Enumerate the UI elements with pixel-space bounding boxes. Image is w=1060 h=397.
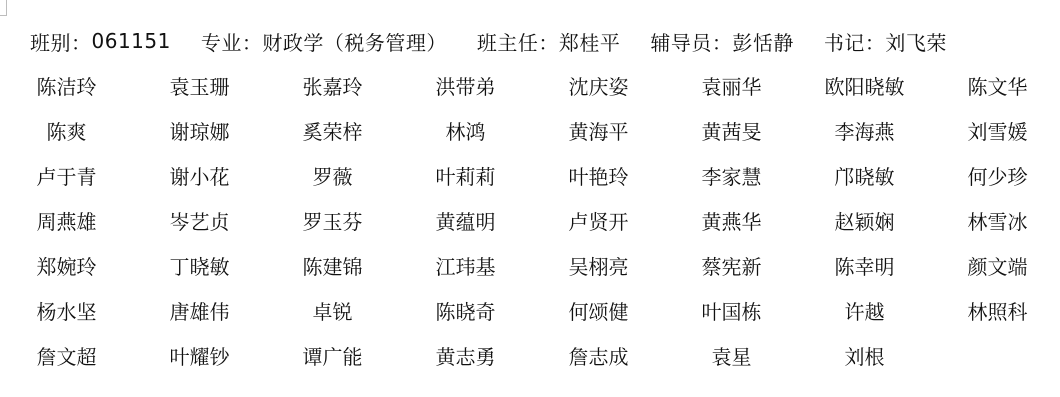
page-corner-mark (0, 0, 7, 16)
student-name: 林照科 (931, 291, 1060, 336)
counselor-field: 辅导员： 彭恬静 (650, 27, 794, 56)
head-teacher-field: 班主任： 郑桂平 (477, 27, 621, 56)
student-name: 叶莉莉 (399, 156, 532, 201)
secretary-value: 刘飞荣 (885, 27, 947, 56)
student-name: 李家慧 (665, 156, 798, 201)
student-name: 黄燕华 (665, 201, 798, 246)
student-name: 谢小花 (133, 156, 266, 201)
major-value: 财政学（税务管理） (262, 27, 447, 56)
student-name: 叶国栋 (665, 291, 798, 336)
class-value: 061151 (92, 29, 171, 53)
student-name: 林鸿 (399, 111, 532, 156)
counselor-value: 彭恬静 (732, 27, 794, 56)
student-name: 杨水坚 (0, 291, 133, 336)
student-name: 叶艳玲 (532, 156, 665, 201)
student-name: 洪带弟 (399, 66, 532, 111)
student-name: 邝晓敏 (798, 156, 931, 201)
student-name: 陈洁玲 (0, 66, 133, 111)
student-name: 卓锐 (266, 291, 399, 336)
student-name: 何少珍 (931, 156, 1060, 201)
student-name: 李海燕 (798, 111, 931, 156)
student-name: 黄志勇 (399, 336, 532, 381)
student-name: 陈建锦 (266, 246, 399, 291)
student-name: 詹志成 (532, 336, 665, 381)
student-name: 许越 (798, 291, 931, 336)
student-roster-grid: 陈洁玲 袁玉珊 张嘉玲 洪带弟 沈庆姿 袁丽华 欧阳晓敏 陈文华 陈爽 谢琼娜 … (0, 66, 1060, 381)
student-name: 沈庆姿 (532, 66, 665, 111)
student-name: 欧阳晓敏 (798, 66, 931, 111)
student-name: 林雪冰 (931, 201, 1060, 246)
student-name: 张嘉玲 (266, 66, 399, 111)
student-name: 周燕雄 (0, 201, 133, 246)
student-name: 吴栩亮 (532, 246, 665, 291)
student-name: 詹文超 (0, 336, 133, 381)
student-name: 江玮基 (399, 246, 532, 291)
student-name: 卢于青 (0, 156, 133, 201)
head-teacher-value: 郑桂平 (559, 27, 621, 56)
major-label: 专业： (201, 27, 263, 56)
secretary-field: 书记： 刘飞荣 (824, 27, 947, 56)
student-name: 罗玉芬 (266, 201, 399, 246)
student-name: 奚荣梓 (266, 111, 399, 156)
student-name: 袁星 (665, 336, 798, 381)
student-name: 岑艺贞 (133, 201, 266, 246)
student-name: 赵颖娴 (798, 201, 931, 246)
secretary-label: 书记： (824, 27, 886, 56)
student-name: 颜文端 (931, 246, 1060, 291)
student-name: 谭广能 (266, 336, 399, 381)
student-name: 叶耀钞 (133, 336, 266, 381)
student-name: 唐雄伟 (133, 291, 266, 336)
student-name: 袁丽华 (665, 66, 798, 111)
student-name: 陈幸明 (798, 246, 931, 291)
student-name: 黄蕴明 (399, 201, 532, 246)
student-name: 郑婉玲 (0, 246, 133, 291)
student-name: 丁晓敏 (133, 246, 266, 291)
student-name: 何颂健 (532, 291, 665, 336)
student-name: 陈文华 (931, 66, 1060, 111)
student-name: 谢琼娜 (133, 111, 266, 156)
student-name: 蔡宪新 (665, 246, 798, 291)
student-name: 罗薇 (266, 156, 399, 201)
student-name: 袁玉珊 (133, 66, 266, 111)
class-label: 班别： (30, 27, 92, 56)
student-name: 黄茜旻 (665, 111, 798, 156)
counselor-label: 辅导员： (650, 27, 732, 56)
student-name: 陈晓奇 (399, 291, 532, 336)
head-teacher-label: 班主任： (477, 27, 559, 56)
student-name: 黄海平 (532, 111, 665, 156)
student-name: 卢贤开 (532, 201, 665, 246)
student-name: 刘根 (798, 336, 931, 381)
class-field: 班别： 061151 (30, 27, 171, 56)
student-name: 刘雪媛 (931, 111, 1060, 156)
empty-cell (931, 336, 1060, 381)
class-info-header: 班别： 061151 专业： 财政学（税务管理） 班主任： 郑桂平 辅导员： 彭… (30, 26, 947, 56)
major-field: 专业： 财政学（税务管理） (201, 27, 447, 56)
student-name: 陈爽 (0, 111, 133, 156)
